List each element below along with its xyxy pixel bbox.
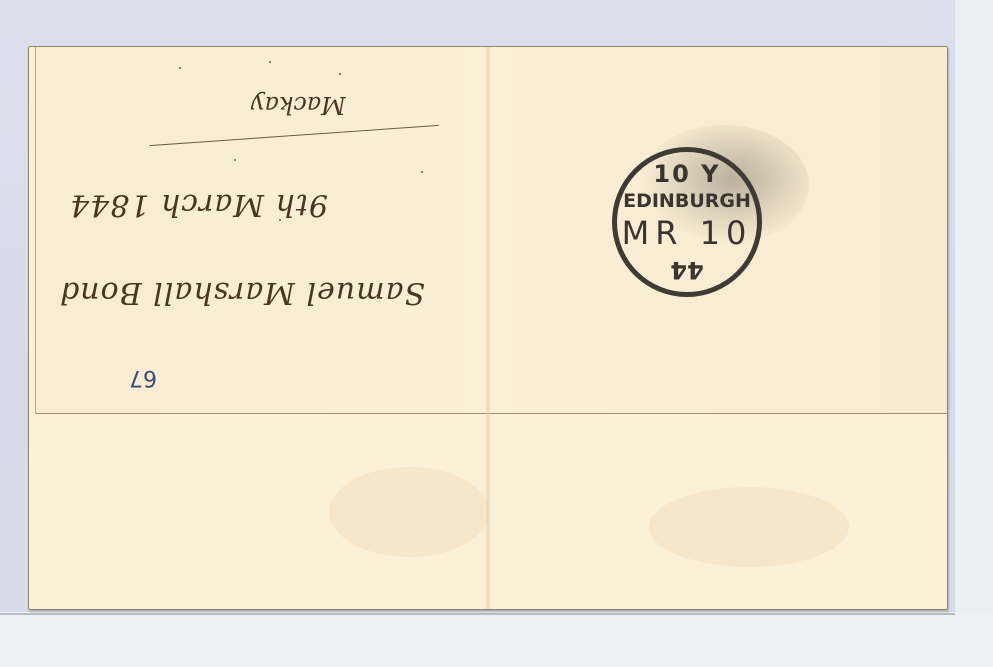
letter-flap	[35, 47, 948, 414]
ink-speck	[269, 61, 271, 63]
paper-stain	[329, 467, 489, 557]
manuscript-date: 9th March 1844	[69, 187, 328, 222]
docket-text: Mackay	[251, 91, 346, 119]
ink-speck	[421, 171, 423, 173]
background-right-margin	[955, 0, 993, 667]
postmark-year: 44	[617, 256, 757, 284]
postmark-town: EDINBURGH	[617, 190, 757, 212]
ink-speck	[339, 73, 341, 75]
ink-speck	[234, 159, 236, 161]
manuscript-name: Samuel Marshall Bond	[59, 275, 425, 310]
paper-stain	[649, 487, 849, 567]
postmark-date: MR 10	[617, 214, 757, 252]
ink-speck	[179, 67, 181, 69]
pencil-note: 67	[129, 365, 157, 390]
postmark-code: 10 Y	[617, 160, 757, 188]
edinburgh-postmark: 10 Y EDINBURGH MR 10 44	[612, 147, 762, 297]
folded-letter: Mackay 9th March 1844 Samuel Marshall Bo…	[28, 46, 948, 610]
background-bottom-margin	[0, 612, 993, 667]
vertical-fold-crease	[485, 47, 491, 609]
